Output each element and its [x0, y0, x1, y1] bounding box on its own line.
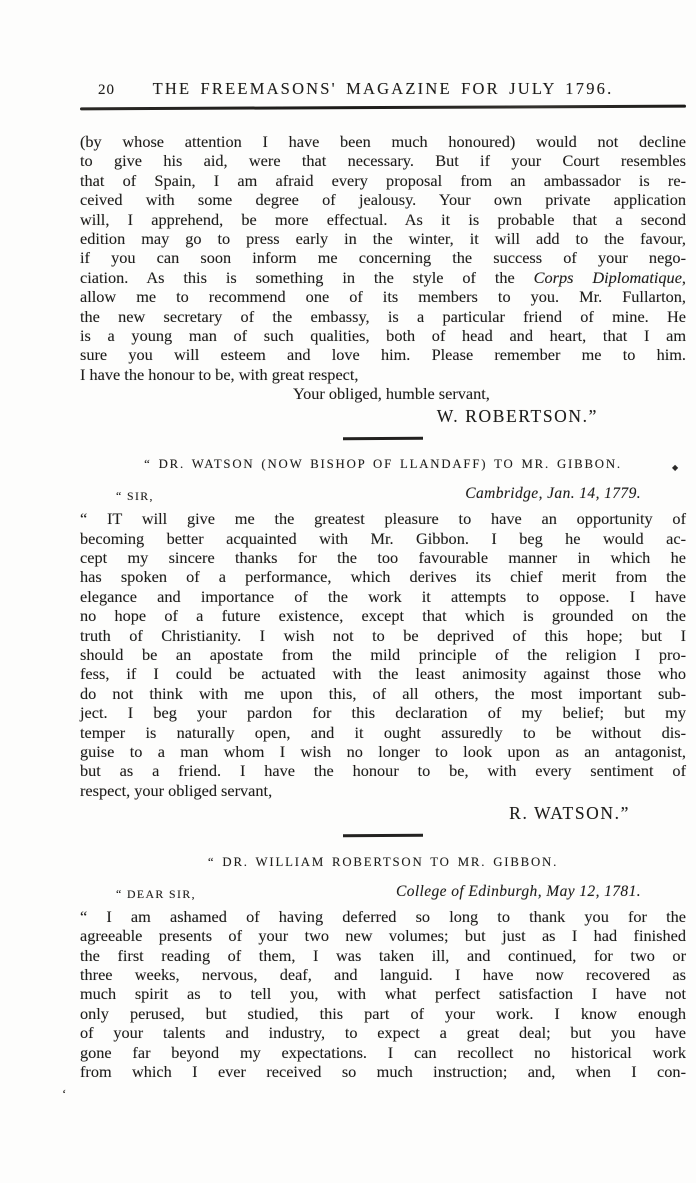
header-rule	[80, 105, 686, 111]
text-line: if you can soon inform me concerning the…	[80, 248, 686, 267]
text-line: sure you will esteem and love him. Pleas…	[80, 345, 686, 364]
letter-heading-text: “ DR. WATSON (NOW BISHOP OF LLANDAFF) TO…	[144, 457, 622, 471]
text-line: should be an apostate from the mild prin…	[80, 645, 686, 664]
ink-speck: ◆	[672, 460, 680, 476]
text-line: edition may go to press early in the win…	[80, 229, 686, 248]
text-line: “ I am ashamed of having deferred so lon…	[80, 907, 686, 926]
text-line: only perused, but studied, this part of …	[80, 1004, 686, 1023]
text-line: no hope of a future existence, except th…	[80, 606, 686, 625]
text-line: the first reading of them, I was taken i…	[80, 946, 686, 965]
salutation: “ SIR,	[116, 486, 154, 506]
text-line: becoming better acquainted with Mr. Gibb…	[80, 529, 686, 548]
letter-robertson-to-gibbon: “ DR. WILLIAM ROBERTSON TO MR. GIBBON. “…	[80, 854, 686, 1082]
text-line: will, I apprehend, be more effectual. As…	[80, 210, 686, 229]
letter-heading: “ DR. WATSON (NOW BISHOP OF LLANDAFF) TO…	[80, 456, 686, 472]
section-divider	[343, 834, 423, 837]
letter-paragraph: “ IT will give me the greatest pleasure …	[80, 509, 686, 800]
text-line: do not think with me upon this, of all o…	[80, 684, 686, 703]
page-title: THE FREEMASONS' MAGAZINE FOR JULY 1796.	[80, 79, 686, 99]
letter-paragraph: (by whose attention I have been much hon…	[80, 132, 686, 384]
text-block: 20 THE FREEMASONS' MAGAZINE FOR JULY 179…	[80, 0, 686, 1081]
text-line: guise to a man whom I wish no longer to …	[80, 742, 686, 761]
letter-watson-to-gibbon: “ DR. WATSON (NOW BISHOP OF LLANDAFF) TO…	[80, 456, 686, 825]
ink-speck: ‘	[62, 1086, 66, 1102]
text-line: that of Spain, I am afraid every proposa…	[80, 171, 686, 190]
text-line: has spoken of a performance, which deriv…	[80, 567, 686, 586]
text-line: ject. I beg your pardon for this declara…	[80, 703, 686, 722]
text-line: fess, if I could be actuated with the le…	[80, 664, 686, 683]
text-line: from which I ever received so much instr…	[80, 1062, 686, 1081]
text-line: temper is naturally open, and it ought a…	[80, 723, 686, 742]
dateline: College of Edinburgh, May 12, 1781.	[396, 882, 641, 902]
text-line: respect, your obliged servant,	[80, 781, 686, 800]
letter-heading: “ DR. WILLIAM ROBERTSON TO MR. GIBBON.	[80, 854, 686, 870]
text-line: of your talents and industry, to expect …	[80, 1023, 686, 1042]
text-line: I have the honour to be, with great resp…	[80, 365, 686, 384]
running-head: 20 THE FREEMASONS' MAGAZINE FOR JULY 179…	[80, 0, 686, 101]
salutation-row: “ DEAR SIR, College of Edinburgh, May 12…	[80, 884, 686, 904]
text-line: much spirit as to tell you, with what pe…	[80, 984, 686, 1003]
text-line: “ IT will give me the greatest pleasure …	[80, 509, 686, 528]
salutation-row: “ SIR, Cambridge, Jan. 14, 1779.	[80, 486, 686, 506]
text-line: the new secretary of the embassy, is a p…	[80, 307, 686, 326]
salutation: “ DEAR SIR,	[116, 884, 196, 904]
signature-r-watson: R. WATSON.”	[80, 802, 630, 825]
text-line: to give his aid, were that necessary. Bu…	[80, 151, 686, 170]
valediction: Your obliged, humble servant,	[293, 384, 686, 403]
page-number: 20	[98, 82, 115, 99]
scanned-magazine-page: ‘ 20 THE FREEMASONS' MAGAZINE FOR JULY 1…	[0, 0, 696, 1183]
text-line: truth of Christianity. I wish not to be …	[80, 626, 686, 645]
text-line: is a young man of such qualities, both o…	[80, 326, 686, 345]
text-line: elegance and importance of the work it a…	[80, 587, 686, 606]
text-line: allow me to recommend one of its members…	[80, 287, 686, 306]
signature-w-robertson: W. ROBERTSON.”	[80, 405, 598, 428]
text-line: agreeable presents of your two new volum…	[80, 926, 686, 945]
letter-paragraph: “ I am ashamed of having deferred so lon…	[80, 907, 686, 1082]
section-divider	[343, 436, 423, 439]
dateline: Cambridge, Jan. 14, 1779.	[465, 484, 641, 504]
text-line: gone far beyond my expectations. I can r…	[80, 1043, 686, 1062]
text-line: cept my sincere thanks for the too favou…	[80, 548, 686, 567]
text-line: (by whose attention I have been much hon…	[80, 132, 686, 151]
text-line: but as a friend. I have the honour to be…	[80, 761, 686, 780]
text-line: ciation. As this is something in the sty…	[80, 268, 686, 287]
letter-heading-text: “ DR. WILLIAM ROBERTSON TO MR. GIBBON.	[208, 855, 558, 869]
letter-robertson-conclusion: (by whose attention I have been much hon…	[80, 132, 686, 428]
text-line: ceived with some degree of jealousy. You…	[80, 190, 686, 209]
text-line: three weeks, nervous, deaf, and languid.…	[80, 965, 686, 984]
